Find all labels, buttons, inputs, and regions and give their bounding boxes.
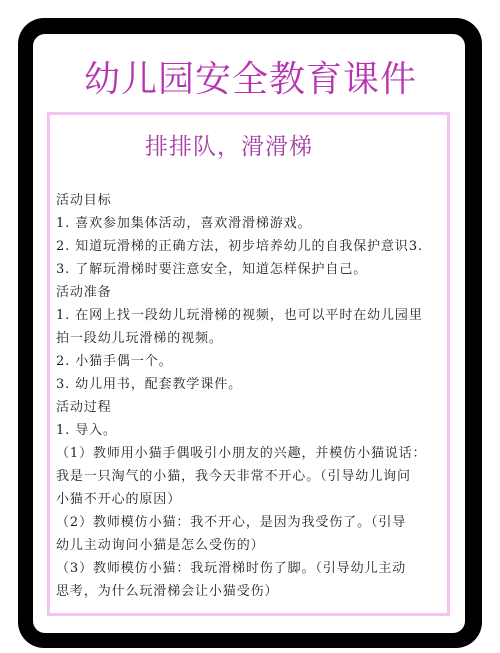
lesson-subtitle: 排排队，滑滑梯 — [145, 132, 313, 162]
goal-item-2: 2. 知道玩滑梯的正确方法，初步培养幼儿的自我保护意识3. — [56, 235, 448, 258]
prep-item-2: 2. 小猫手偶一个。 — [56, 350, 448, 373]
process-substep-1-cont: 我是一只淘气的小猫，我今天非常不开心。（引导幼儿询问 — [56, 465, 448, 488]
process-substep-3-cont: 思考，为什么玩滑梯会让小猫受伤） — [56, 580, 448, 603]
prep-item-3: 3. 幼儿用书，配套教学课件。 — [56, 373, 448, 396]
goal-item-3: 3. 了解玩滑梯时要注意安全，知道怎样保护自己。 — [56, 258, 448, 281]
page-title: 幼儿园安全教育课件 — [84, 58, 434, 102]
section-heading-process: 活动过程 — [56, 396, 448, 419]
lesson-body: 活动目标 1. 喜欢参加集体活动，喜欢滑滑梯游戏。 2. 知道玩滑梯的正确方法，… — [56, 189, 448, 603]
prep-item-1: 1. 在网上找一段幼儿玩滑梯的视频，也可以平时在幼儿园里 — [56, 304, 448, 327]
prep-item-1-cont: 拍一段幼儿玩滑梯的视频。 — [56, 327, 448, 350]
process-substep-1: （1）教师用小猫手偶吸引小朋友的兴趣，并模仿小猫说话： — [56, 442, 448, 465]
section-heading-preparation: 活动准备 — [56, 281, 448, 304]
section-heading-goals: 活动目标 — [56, 189, 448, 212]
process-substep-2-cont: 幼儿主动询问小猫是怎么受伤的） — [56, 534, 448, 557]
process-step-1: 1. 导入。 — [56, 419, 448, 442]
process-substep-2: （2）教师模仿小猫：我不开心，是因为我受伤了。（引导 — [56, 511, 448, 534]
content-box: 排排队，滑滑梯 活动目标 1. 喜欢参加集体活动，喜欢滑滑梯游戏。 2. 知道玩… — [47, 112, 450, 616]
process-substep-1-cont2: 小猫不开心的原因） — [56, 488, 448, 511]
goal-item-1: 1. 喜欢参加集体活动，喜欢滑滑梯游戏。 — [56, 212, 448, 235]
process-substep-3: （3）教师模仿小猫：我玩滑梯时伤了脚。（引导幼儿主动 — [56, 557, 448, 580]
